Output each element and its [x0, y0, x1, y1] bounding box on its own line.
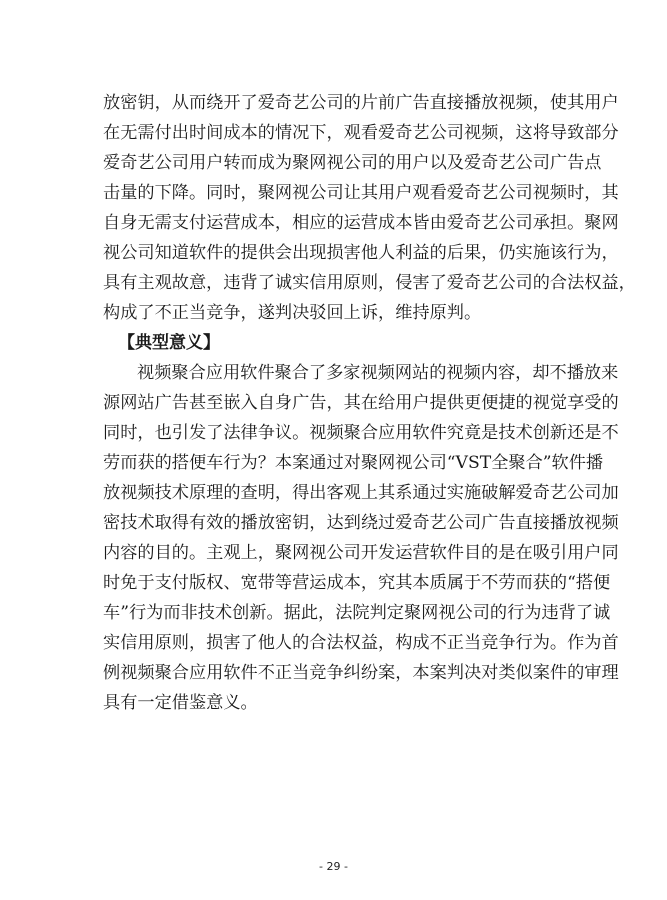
text-line: 视频聚合应用软件聚合了多家视频网站的视频内容，却不播放来: [137, 358, 567, 388]
section-heading: 【典型意义】: [118, 328, 220, 358]
text-line: 时免于支付版权、宽带等营运成本，究其本质属于不劳而获的“搭便: [103, 568, 567, 598]
text-line: 自身无需支付运营成本，相应的运营成本皆由爱奇艺公司承担。聚网: [103, 208, 567, 238]
text-line: 例视频聚合应用软件不正当竞争纠纷案，本案判决对类似案件的审理: [103, 658, 567, 688]
text-line: 视公司知道软件的提供会出现损害他人利益的后果，仍实施该行为，: [103, 238, 567, 268]
page-number: - 29 -: [0, 860, 667, 873]
text-line: 车”行为而非技术创新。据此，法院判定聚网视公司的行为违背了诚: [103, 598, 567, 628]
text-line: 爱奇艺公司用户转而成为聚网视公司的用户以及爱奇艺公司广告点: [103, 148, 567, 178]
text-line: 具有主观故意，违背了诚实信用原则，侵害了爱奇艺公司的合法权益，: [103, 268, 567, 298]
text-line: 构成了不正当竞争，遂判决驳回上诉，维持原判。: [103, 298, 567, 328]
text-line: 放视频技术原理的查明，得出客观上其系通过实施破解爱奇艺公司加: [103, 478, 567, 508]
text-line: 在无需付出时间成本的情况下，观看爱奇艺公司视频，这将导致部分: [103, 118, 567, 148]
text-line: 同时，也引发了法律争议。视频聚合应用软件究竟是技术创新还是不: [103, 418, 567, 448]
text-line: 实信用原则，损害了他人的合法权益，构成不正当竞争行为。作为首: [103, 628, 567, 658]
text-line: 劳而获的搭便车行为？本案通过对聚网视公司“VST全聚合”软件播: [103, 448, 567, 478]
text-line: 具有一定借鉴意义。: [103, 688, 567, 718]
text-line: 击量的下降。同时，聚网视公司让其用户观看爱奇艺公司视频时，其: [103, 178, 567, 208]
document-page: 放密钥，从而绕开了爱奇艺公司的片前广告直接播放视频，使其用户 在无需付出时间成本…: [0, 0, 667, 900]
text-line: 源网站广告甚至嵌入自身广告，其在给用户提供更便捷的视觉享受的: [103, 388, 567, 418]
text-line: 内容的目的。主观上，聚网视公司开发运营软件目的是在吸引用户同: [103, 538, 567, 568]
text-line: 密技术取得有效的播放密钥，达到绕过爱奇艺公司广告直接播放视频: [103, 508, 567, 538]
text-line: 放密钥，从而绕开了爱奇艺公司的片前广告直接播放视频，使其用户: [103, 88, 567, 118]
